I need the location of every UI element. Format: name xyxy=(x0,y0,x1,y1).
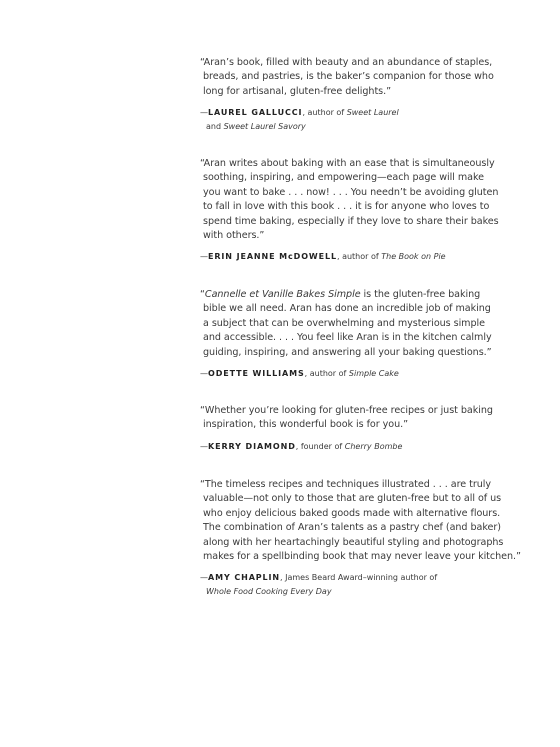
blurb-amy-chaplin: “The timeless recipes and techniques ill… xyxy=(200,478,530,598)
quote-text: “Aran writes about baking with an ease t… xyxy=(200,157,530,243)
quote-line: with others.” xyxy=(200,229,530,243)
book-title: Sweet Laurel xyxy=(347,108,399,117)
author-role: , author of xyxy=(305,369,349,378)
author-role: , James Beard Award–winning author of xyxy=(280,573,437,582)
blurb-odette-williams: “Cannelle et Vanille Bakes Simple is the… xyxy=(200,288,530,381)
quote-line: to fall in love with this book . . . it … xyxy=(200,200,530,214)
quote-line: “The timeless recipes and techniques ill… xyxy=(200,478,530,492)
author-name: KERRY DIAMOND xyxy=(208,442,296,451)
author-name: ODETTE WILLIAMS xyxy=(208,369,305,378)
quote-line: “Cannelle et Vanille Bakes Simple is the… xyxy=(200,288,530,302)
book-title: The Book on Pie xyxy=(381,252,445,261)
book-title: Whole Food Cooking Every Day xyxy=(206,587,332,596)
quote-line: “Aran writes about baking with an ease t… xyxy=(200,157,530,171)
quote-line: breads, and pastries, is the baker’s com… xyxy=(200,70,530,84)
quote-line: soothing, inspiring, and empowering—each… xyxy=(200,171,530,185)
book-title: Cherry Bombe xyxy=(345,442,403,451)
quote-fragment: is the gluten-free baking xyxy=(361,289,481,300)
quote-line: valuable—not only to those that are glut… xyxy=(200,492,530,506)
blurb-laurel-gallucci: “Aran’s book, filled with beauty and an … xyxy=(200,56,530,133)
book-title: Sweet Laurel Savory xyxy=(224,122,306,131)
dash: — xyxy=(200,369,208,378)
dash: — xyxy=(200,442,208,451)
quote-line: “Whether you’re looking for gluten-free … xyxy=(200,404,530,418)
quote-line: long for artisanal, gluten-free delights… xyxy=(200,85,530,99)
quote-line: inspiration, this wonderful book is for … xyxy=(200,418,530,432)
blurb-erin-jeanne-mcdowell: “Aran writes about baking with an ease t… xyxy=(200,157,530,264)
quote-text: “The timeless recipes and techniques ill… xyxy=(200,478,530,564)
dash: — xyxy=(200,252,208,261)
author-role: , author of xyxy=(302,108,346,117)
quote-text: “Aran’s book, filled with beauty and an … xyxy=(200,56,530,99)
quote-line: and accessible. . . . You feel like Aran… xyxy=(200,331,530,345)
attribution: —LAUREL GALLUCCI, author of Sweet Laurel… xyxy=(200,106,530,133)
attribution: —KERRY DIAMOND, founder of Cherry Bombe xyxy=(200,440,530,454)
quote-line: you want to bake . . . now! . . . You ne… xyxy=(200,186,530,200)
quote-line: makes for a spellbinding book that may n… xyxy=(200,550,530,564)
quote-line: along with her heartachingly beautiful s… xyxy=(200,536,530,550)
blurb-kerry-diamond: “Whether you’re looking for gluten-free … xyxy=(200,404,530,453)
author-name: LAUREL GALLUCCI xyxy=(208,108,302,117)
quote-line: “Aran’s book, filled with beauty and an … xyxy=(200,56,530,70)
quote-line: bible we all need. Aran has done an incr… xyxy=(200,302,530,316)
attribution: —ODETTE WILLIAMS, author of Simple Cake xyxy=(200,367,530,381)
quote-line: guiding, inspiring, and answering all yo… xyxy=(200,346,530,360)
book-title: Cannelle et Vanille Bakes Simple xyxy=(205,289,361,300)
quote-line: spend time baking, especially if they lo… xyxy=(200,215,530,229)
author-name: ERIN JEANNE McDOWELL xyxy=(208,252,337,261)
quote-line: a subject that can be overwhelming and m… xyxy=(200,317,530,331)
book-title: Simple Cake xyxy=(349,369,399,378)
quote-text: “Whether you’re looking for gluten-free … xyxy=(200,404,530,433)
quote-text: “Cannelle et Vanille Bakes Simple is the… xyxy=(200,288,530,360)
quote-line: who enjoy delicious baked goods made wit… xyxy=(200,507,530,521)
quote-line: The combination of Aran’s talents as a p… xyxy=(200,521,530,535)
author-role: and xyxy=(206,122,224,131)
attribution: —AMY CHAPLIN, James Beard Award–winning … xyxy=(200,571,530,598)
dash: — xyxy=(200,573,208,582)
attribution: —ERIN JEANNE McDOWELL, author of The Boo… xyxy=(200,250,530,264)
author-role: , author of xyxy=(337,252,381,261)
dash: — xyxy=(200,108,208,117)
author-role: , founder of xyxy=(296,442,345,451)
author-name: AMY CHAPLIN xyxy=(208,573,280,582)
